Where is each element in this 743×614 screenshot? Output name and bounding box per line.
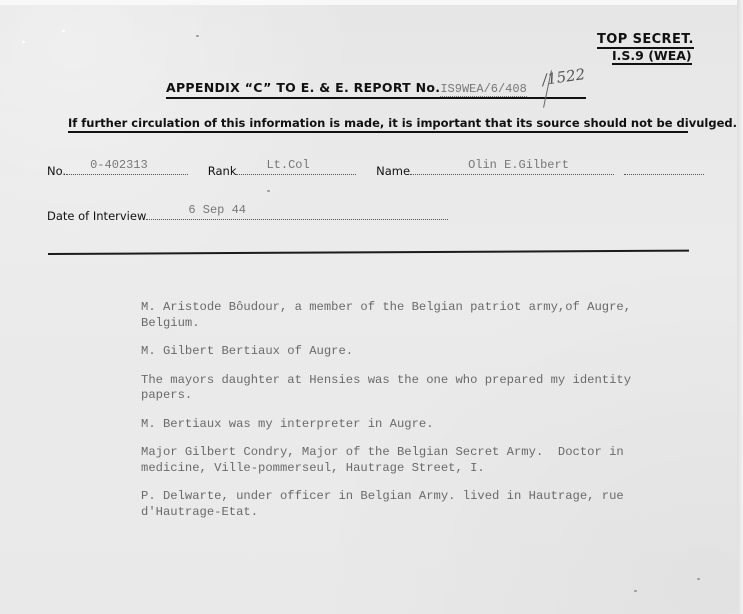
confidentiality-warning: If further circulation of this informati… [68, 116, 688, 133]
name-value: Olin E.Gilbert [468, 157, 569, 173]
date-of-interview-label: Date of Interview [47, 208, 146, 224]
page-edge-right [737, 0, 743, 614]
document-page: TOP SECRET. I.S.9 (WEA) APPENDIX “C” TO … [0, 0, 743, 614]
no-dotted-line: 0-402313 [66, 163, 188, 175]
date-of-interview-value: 6 Sep 44 [188, 202, 246, 218]
contact-paragraph: M. Aristode Bôudour, a member of the Bel… [141, 300, 681, 331]
field-date-of-interview: Date of Interview6 Sep 44 [47, 208, 448, 224]
field-extra [624, 163, 704, 179]
identity-fields-row: No.0-402313 RankLt.Col NameOlin E.Gilber… [47, 163, 704, 179]
contact-paragraph: P. Delwarte, under officer in Belgian Ar… [141, 489, 681, 520]
appendix-title-text: APPENDIX “C” TO E. & E. REPORT No. [166, 80, 440, 95]
contact-paragraph: M. Gilbert Bertiaux of Augre. [141, 344, 681, 360]
name-label: Name [376, 163, 410, 179]
name-dotted-line: Olin E.Gilbert [410, 163, 614, 175]
paper-speck [62, 30, 65, 32]
rank-value: Lt.Col [266, 157, 309, 173]
paper-speck [697, 578, 700, 580]
interview-contacts-text: M. Aristode Bôudour, a member of the Bel… [141, 300, 681, 533]
contact-paragraph: Major Gilbert Condry, Major of the Belgi… [141, 445, 681, 476]
field-name: NameOlin E.Gilbert [376, 163, 614, 179]
appendix-title: APPENDIX “C” TO E. & E. REPORT No.IS9WEA… [166, 80, 586, 99]
field-rank: RankLt.Col [208, 163, 357, 179]
paper-speck [22, 41, 25, 43]
contact-paragraph: M. Bertiaux was my interpreter in Augre. [141, 417, 681, 433]
field-no: No.0-402313 [47, 163, 188, 179]
contact-paragraph: The mayors daughter at Hensies was the o… [141, 373, 681, 404]
paper-speck [267, 190, 270, 192]
section-divider [48, 250, 689, 255]
no-label: No. [47, 163, 66, 179]
paper-speck [634, 590, 637, 592]
classification-label: TOP SECRET. [597, 32, 694, 49]
date-dotted-line: 6 Sep 44 [146, 208, 448, 220]
rank-dotted-line: Lt.Col [236, 163, 356, 175]
extra-dotted-line [624, 163, 704, 175]
report-number: IS9WEA/6/408 [440, 82, 526, 97]
paper-speck [196, 35, 199, 37]
rank-label: Rank [208, 163, 237, 179]
page-edge-top [0, 0, 743, 5]
interview-date-row: Date of Interview6 Sep 44 [47, 208, 448, 224]
no-value: 0-402313 [90, 157, 148, 173]
reference-label: I.S.9 (WEA) [612, 48, 692, 65]
